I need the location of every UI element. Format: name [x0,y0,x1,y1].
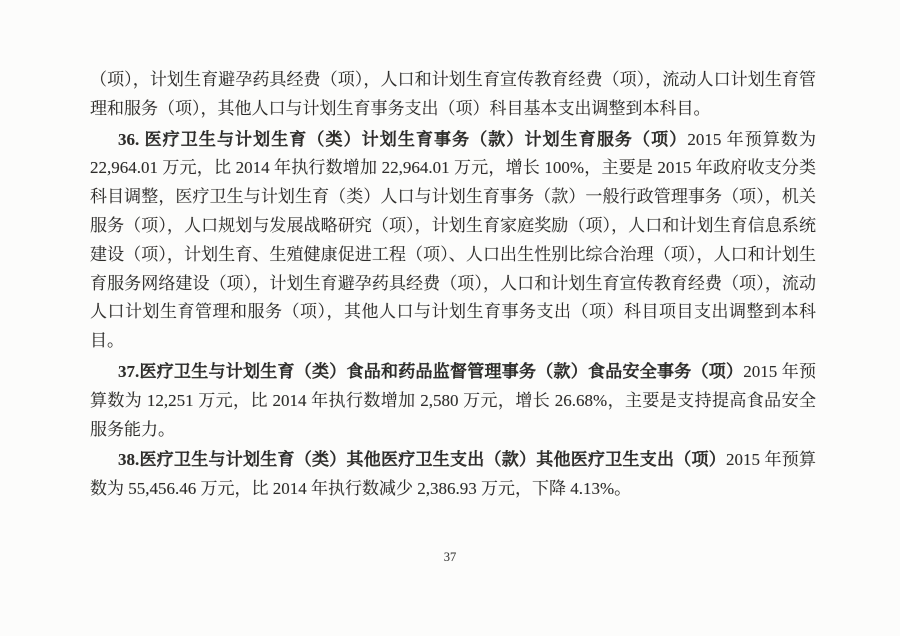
paragraph-text: （项），计划生育避孕药具经费（项），人口和计划生育宣传教育经费（项），流动人口计… [90,70,816,118]
paragraph-item-36: 36. 医疗卫生与计划生育（类）计划生育事务（款）计划生育服务（项）2015 年… [90,126,816,356]
document-body: （项），计划生育避孕药具经费（项），人口和计划生育宣传教育经费（项），流动人口计… [90,66,816,504]
paragraph-item-38: 38.医疗卫生与计划生育（类）其他医疗卫生支出（款）其他医疗卫生支出（项）201… [90,446,816,504]
paragraph-heading-text: 38.医疗卫生与计划生育（类）其他医疗卫生支出（款）其他医疗卫生支出（项） [118,450,726,469]
page-footer: 37 [0,548,900,566]
paragraph-heading-text: 37.医疗卫生与计划生育（类）食品和药品监督管理事务（款）食品安全事务（项） [118,362,743,381]
page-number: 37 [444,550,457,564]
paragraph-heading-text: 36. 医疗卫生与计划生育（类）计划生育事务（款）计划生育服务（项） [118,130,687,149]
paragraph-text: 2015 年预算数为 22,964.01 万元，比 2014 年执行数增加 22… [90,130,816,351]
document-page: （项），计划生育避孕药具经费（项），人口和计划生育宣传教育经费（项），流动人口计… [0,0,900,636]
paragraph-continuation: （项），计划生育避孕药具经费（项），人口和计划生育宣传教育经费（项），流动人口计… [90,66,816,124]
paragraph-item-37: 37.医疗卫生与计划生育（类）食品和药品监督管理事务（款）食品安全事务（项）20… [90,358,816,444]
